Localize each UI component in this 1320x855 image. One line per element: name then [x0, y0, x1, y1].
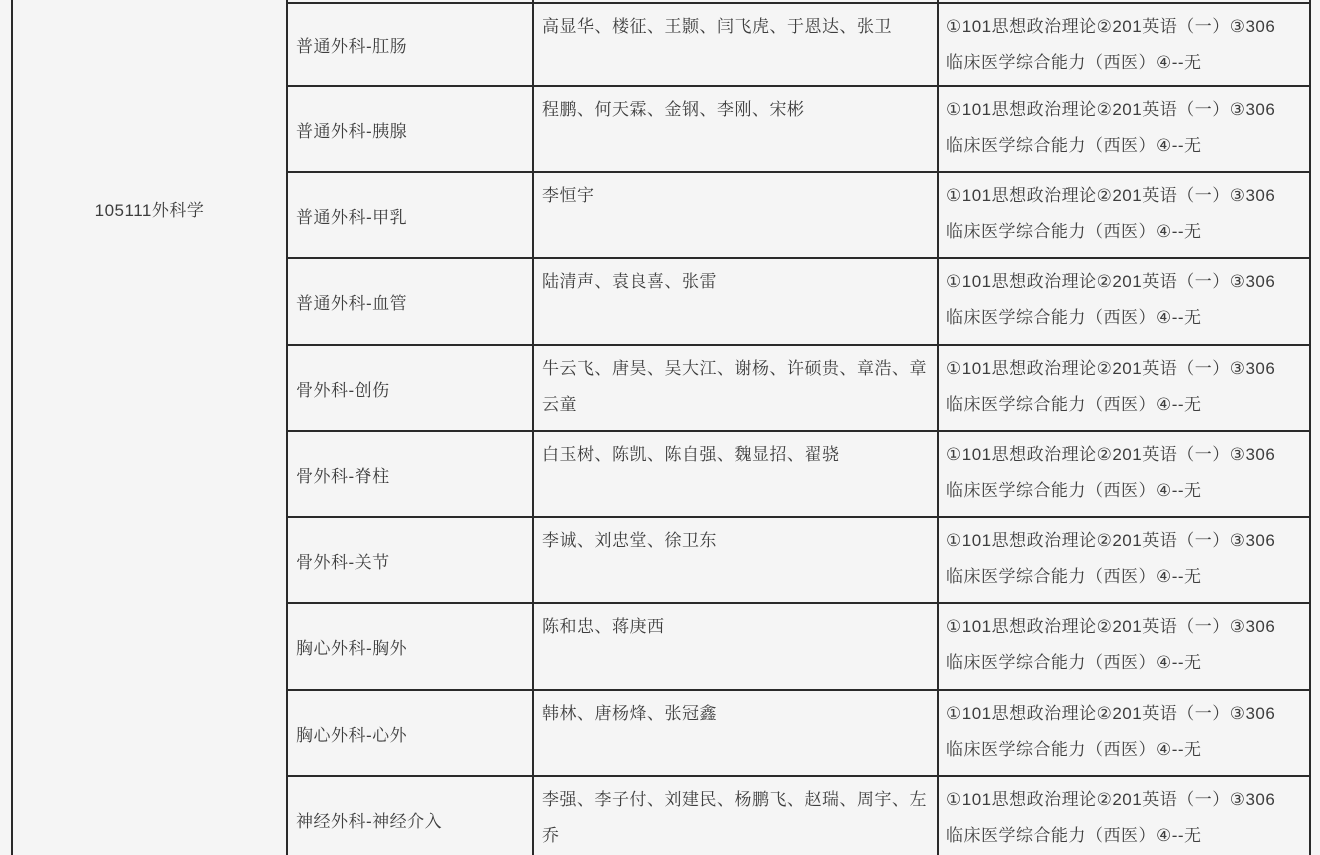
exam-subjects-line2: 临床医学综合能力（西医）④--无	[946, 645, 1310, 681]
advisors-cell: 牛云飞、唐昊、吴大江、谢杨、许硕贵、章浩、章云童	[542, 351, 930, 423]
direction-cell: 普通外科-血管	[296, 259, 528, 344]
exam-subjects-line1: ①101思想政治理论②201英语（一）③306	[946, 178, 1310, 214]
exam-subjects-cell: ①101思想政治理论②201英语（一）③306 临床医学综合能力（西医）④--无	[946, 437, 1310, 509]
exam-subjects-cell: ①101思想政治理论②201英语（一）③306 临床医学综合能力（西医）④--无	[946, 523, 1310, 595]
advisors-cell: 程鹏、何天霖、金钢、李刚、宋彬	[542, 92, 930, 128]
exam-subjects-line2: 临床医学综合能力（西医）④--无	[946, 559, 1310, 595]
direction-cell: 神经外科-神经介入	[296, 777, 528, 855]
table-row: 胸心外科-心外 韩林、唐杨烽、张冠鑫 ①101思想政治理论②201英语（一）③3…	[287, 691, 1309, 775]
table-border-left	[11, 0, 13, 855]
exam-subjects-line2: 临床医学综合能力（西医）④--无	[946, 818, 1310, 854]
direction-cell: 胸心外科-胸外	[296, 604, 528, 689]
table-row: 神经外科-神经介入 李强、李子付、刘建民、杨鹏飞、赵瑞、周宇、左乔 ①101思想…	[287, 777, 1309, 855]
exam-subjects-cell: ①101思想政治理论②201英语（一）③306 临床医学综合能力（西医）④--无	[946, 92, 1310, 164]
exam-subjects-cell: ①101思想政治理论②201英语（一）③306 临床医学综合能力（西医）④--无	[946, 782, 1310, 854]
exam-subjects-cell: ①101思想政治理论②201英语（一）③306 临床医学综合能力（西医）④--无	[946, 9, 1310, 81]
table-row: 普通外科-血管 陆清声、袁良喜、张雷 ①101思想政治理论②201英语（一）③3…	[287, 259, 1309, 344]
table-row: 普通外科-肛肠 高显华、楼征、王颢、闫飞虎、于恩达、张卫 ①101思想政治理论②…	[287, 4, 1309, 85]
exam-subjects-line1: ①101思想政治理论②201英语（一）③306	[946, 523, 1310, 559]
advisors-cell: 韩林、唐杨烽、张冠鑫	[542, 696, 930, 732]
exam-subjects-line1: ①101思想政治理论②201英语（一）③306	[946, 782, 1310, 818]
advisors-cell: 李强、李子付、刘建民、杨鹏飞、赵瑞、周宇、左乔	[542, 782, 930, 854]
table-row: 骨外科-关节 李诚、刘忠堂、徐卫东 ①101思想政治理论②201英语（一）③30…	[287, 518, 1309, 602]
direction-cell: 骨外科-关节	[296, 518, 528, 602]
exam-subjects-line1: ①101思想政治理论②201英语（一）③306	[946, 9, 1310, 45]
exam-subjects-line1: ①101思想政治理论②201英语（一）③306	[946, 351, 1310, 387]
advisors-cell: 陆清声、袁良喜、张雷	[542, 264, 930, 300]
table-row: 普通外科-胰腺 程鹏、何天霖、金钢、李刚、宋彬 ①101思想政治理论②201英语…	[287, 87, 1309, 171]
exam-subjects-line2: 临床医学综合能力（西医）④--无	[946, 732, 1310, 768]
direction-cell: 骨外科-创伤	[296, 346, 528, 430]
advisors-cell: 李诚、刘忠堂、徐卫东	[542, 523, 930, 559]
specialty-code-cell: 105111外科学	[13, 198, 286, 224]
table-row: 骨外科-脊柱 白玉树、陈凯、陈自强、魏显招、翟骁 ①101思想政治理论②201英…	[287, 432, 1309, 516]
exam-subjects-cell: ①101思想政治理论②201英语（一）③306 临床医学综合能力（西医）④--无	[946, 178, 1310, 250]
admissions-table-page: 105111外科学 普通外科-肛肠 高显华、楼征、王颢、闫飞虎、于恩达、张卫 ①…	[0, 0, 1320, 855]
exam-subjects-line2: 临床医学综合能力（西医）④--无	[946, 128, 1310, 164]
direction-cell: 骨外科-脊柱	[296, 432, 528, 516]
exam-subjects-line2: 临床医学综合能力（西医）④--无	[946, 473, 1310, 509]
advisors-cell: 白玉树、陈凯、陈自强、魏显招、翟骁	[542, 437, 930, 473]
exam-subjects-line2: 临床医学综合能力（西医）④--无	[946, 45, 1310, 81]
exam-subjects-cell: ①101思想政治理论②201英语（一）③306 临床医学综合能力（西医）④--无	[946, 351, 1310, 423]
exam-subjects-cell: ①101思想政治理论②201英语（一）③306 临床医学综合能力（西医）④--无	[946, 264, 1310, 336]
table-row: 普通外科-甲乳 李恒宇 ①101思想政治理论②201英语（一）③306 临床医学…	[287, 173, 1309, 257]
exam-subjects-line1: ①101思想政治理论②201英语（一）③306	[946, 696, 1310, 732]
exam-subjects-cell: ①101思想政治理论②201英语（一）③306 临床医学综合能力（西医）④--无	[946, 609, 1310, 681]
exam-subjects-line2: 临床医学综合能力（西医）④--无	[946, 214, 1310, 250]
direction-cell: 普通外科-甲乳	[296, 173, 528, 257]
direction-cell: 普通外科-肛肠	[296, 4, 528, 85]
exam-subjects-line2: 临床医学综合能力（西医）④--无	[946, 387, 1310, 423]
advisors-cell: 高显华、楼征、王颢、闫飞虎、于恩达、张卫	[542, 9, 930, 45]
advisors-cell: 陈和忠、蒋庚西	[542, 609, 930, 645]
exam-subjects-line1: ①101思想政治理论②201英语（一）③306	[946, 264, 1310, 300]
advisors-cell: 李恒宇	[542, 178, 930, 214]
exam-subjects-line2: 临床医学综合能力（西医）④--无	[946, 300, 1310, 336]
direction-cell: 胸心外科-心外	[296, 691, 528, 775]
exam-subjects-cell: ①101思想政治理论②201英语（一）③306 临床医学综合能力（西医）④--无	[946, 696, 1310, 768]
exam-subjects-line1: ①101思想政治理论②201英语（一）③306	[946, 437, 1310, 473]
exam-subjects-line1: ①101思想政治理论②201英语（一）③306	[946, 609, 1310, 645]
table-row: 骨外科-创伤 牛云飞、唐昊、吴大江、谢杨、许硕贵、章浩、章云童 ①101思想政治…	[287, 346, 1309, 430]
table-row: 胸心外科-胸外 陈和忠、蒋庚西 ①101思想政治理论②201英语（一）③306 …	[287, 604, 1309, 689]
exam-subjects-line1: ①101思想政治理论②201英语（一）③306	[946, 92, 1310, 128]
direction-cell: 普通外科-胰腺	[296, 87, 528, 171]
